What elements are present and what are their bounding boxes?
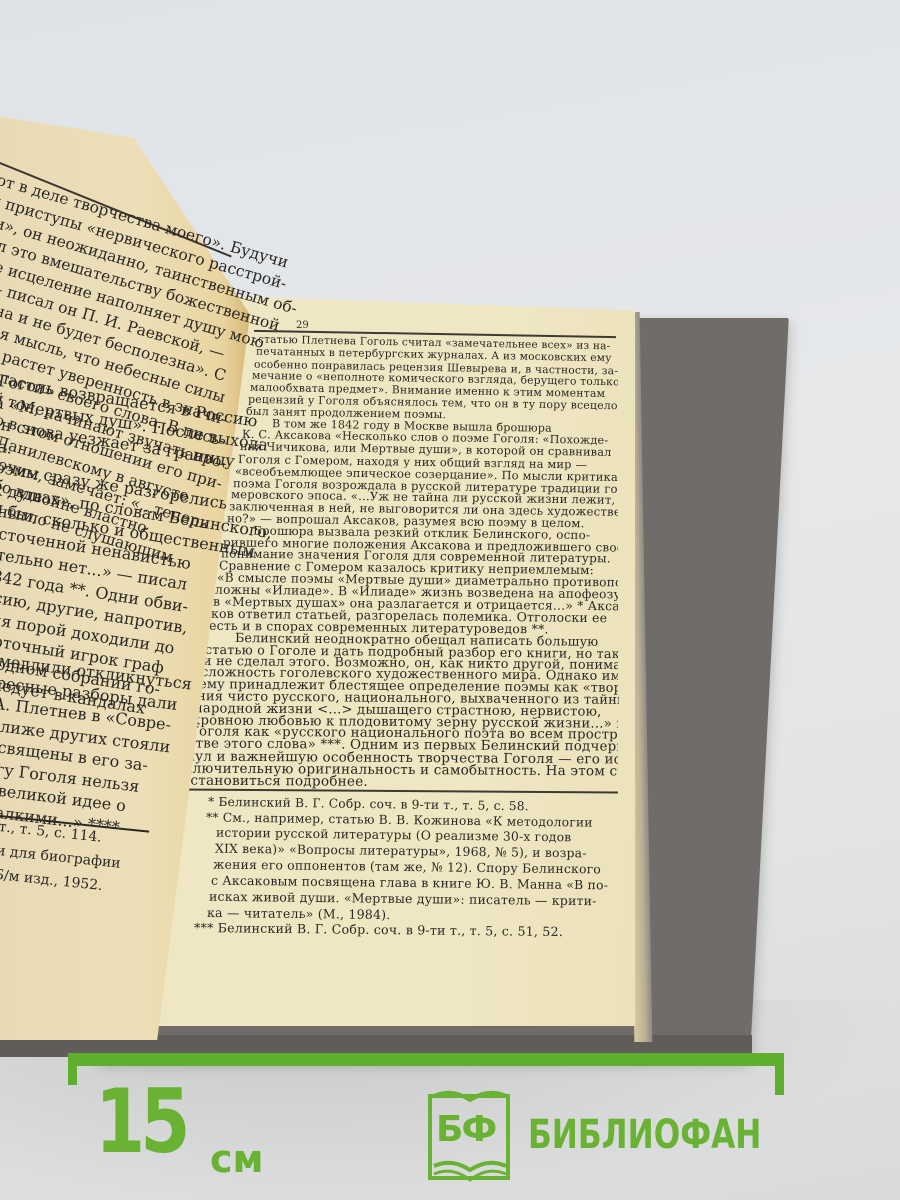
logo-letters: БФ [436, 1112, 495, 1148]
photo-scene: 29 статью Плетнева Гоголь считал «замеча… [0, 0, 900, 1200]
left-page-footnotes: т., т. 5, с. 114.и для биографииБ/м изд.… [0, 815, 124, 900]
brand-name: БИБЛИОФАН [528, 1115, 761, 1155]
size-ruler-bar [68, 1053, 784, 1066]
size-ruler-left-tick [68, 1053, 77, 1085]
size-unit: см [210, 1140, 264, 1178]
size-ruler-right-tick [775, 1053, 784, 1095]
page-number: 29 [296, 320, 309, 331]
left-page-text-bottom: медлили откликнутьсяресные разборы далиА… [0, 650, 193, 844]
bibliofan-book-logo-icon: БФ [428, 1090, 514, 1184]
size-value: 15 [95, 1078, 186, 1166]
